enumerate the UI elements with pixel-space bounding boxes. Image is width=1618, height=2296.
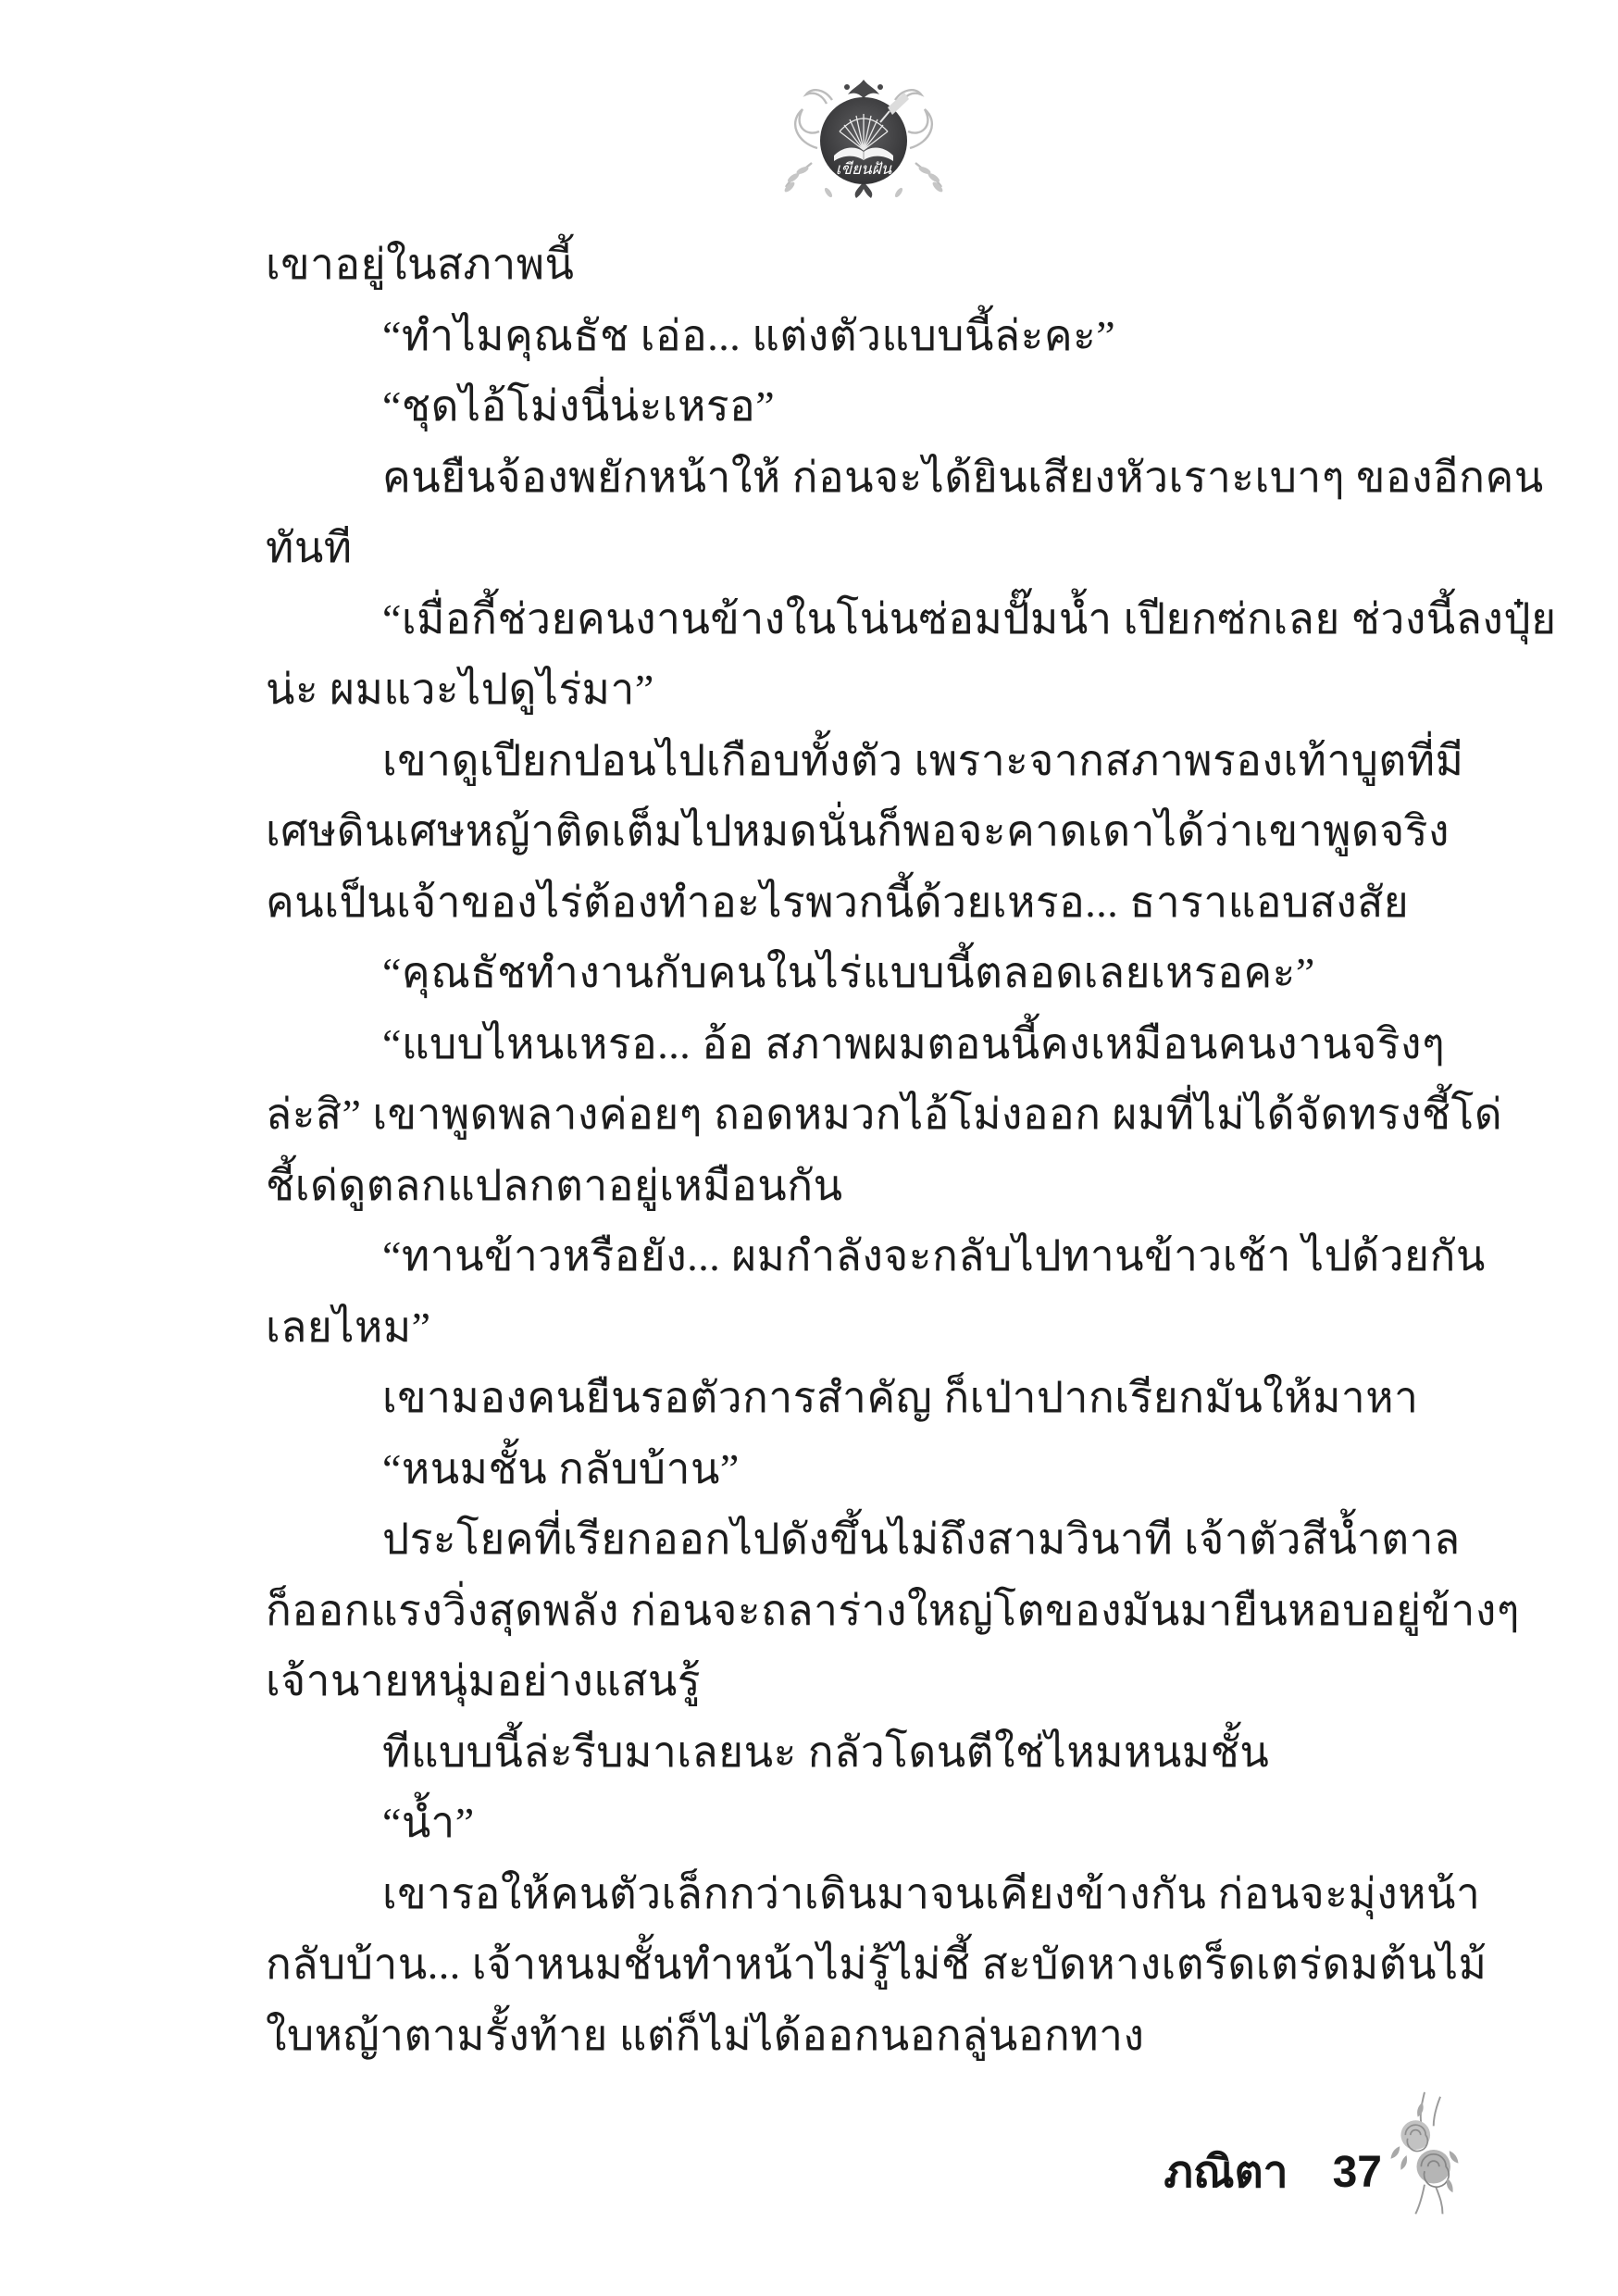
text-line: กลับบ้าน... เจ้าหนมชั้นทำหน้าไม่รู้ไม่ชี… [266,1929,1386,2001]
text-line: คนยืนจ้องพยักหน้าให้ ก่อนจะได้ยินเสียงหั… [266,443,1386,514]
text-line: เขาอยู่ในสภาพนี้ [266,230,1386,301]
book-page: เขียนฝัน เขาอยู่ในสภาพนี้“ทำไมคุณธัช เอ่… [0,0,1618,2296]
text-line: เขามองคนยืนรอตัวการสำคัญ ก็เป่าปากเรียกม… [266,1363,1386,1434]
text-line: เศษดินเศษหญ้าติดเต็มไปหมดนั่นก็พอจะคาดเด… [266,796,1386,867]
rose-top [1400,2120,1430,2151]
text-line: ล่ะสิ” เขาพูดพลางค่อยๆ ถอดหมวกไอ้โม่งออก… [266,1079,1386,1151]
text-line: ชี้เด่ดูตลกแปลกตาอยู่เหมือนกัน [266,1151,1386,1222]
imprint-name: เขียนฝัน [836,160,892,178]
publisher-emblem: เขียนฝัน [780,74,947,206]
text-line: เลยไหม” [266,1292,1386,1364]
page-footer: ภณิตา 37 [266,2137,1382,2207]
text-line: “คุณธัชทำงานกับคนในไร่แบบนี้ตลอดเลยเหรอค… [266,938,1386,1009]
text-line: ทีแบบนี้ล่ะรีบมาเลยนะ กลัวโดนตีใช่ไหมหนม… [266,1717,1386,1789]
text-line: “เมื่อกี้ช่วยคนงานข้างในโน่นซ่อมปั๊มน้ำ … [266,584,1386,655]
text-line: ทันที [266,513,1386,584]
text-line: เจ้านายหนุ่มอย่างแสนรู้ [266,1646,1386,1717]
text-line: “น้ำ” [266,1788,1386,1859]
text-line: คนเป็นเจ้าของไร่ต้องทำอะไรพวกนี้ด้วยเหรอ… [266,867,1386,939]
text-line: “ทำไมคุณธัช เอ่อ... แต่งตัวแบบนี้ล่ะคะ” [266,301,1386,372]
text-line: น่ะ ผมแวะไปดูไร่มา” [266,655,1386,726]
text-line: เขารอให้คนตัวเล็กกว่าเดินมาจนเคียงข้างกั… [266,1859,1386,1930]
text-line: ประโยคที่เรียกออกไปดังขึ้นไม่ถึงสามวินาท… [266,1504,1386,1576]
page-body-text: เขาอยู่ในสภาพนี้“ทำไมคุณธัช เอ่อ... แต่ง… [266,230,1386,2071]
crown-ornament [844,80,883,98]
page-number: 37 [1333,2147,1382,2198]
text-line: เขาดูเปียกปอนไปเกือบทั้งตัว เพราะจากสภาพ… [266,726,1386,797]
rose-bottom [1416,2150,1450,2187]
text-line: ก็ออกแรงวิ่งสุดพลัง ก่อนจะถลาร่างใหญ่โตข… [266,1576,1386,1647]
text-line: “แบบไหนเหรอ... อ้อ สภาพผมตอนนี้คงเหมือนค… [266,1009,1386,1080]
footer-ornament [1388,2088,1461,2217]
text-line: ใบหญ้าตามรั้งท้าย แต่ก็ไม่ได้ออกนอกลู่นอ… [266,2001,1386,2072]
text-line: “ชุดไอ้โม่งนี่น่ะเหรอ” [266,371,1386,443]
book-title: ภณิตา [1164,2137,1288,2207]
text-line: “ทานข้าวหรือยัง... ผมกำลังจะกลับไปทานข้า… [266,1221,1386,1292]
book-quill-emblem-icon: เขียนฝัน [780,74,947,206]
text-line: “หนมชั้น กลับบ้าน” [266,1434,1386,1505]
rose-cluster-icon [1388,2088,1461,2217]
